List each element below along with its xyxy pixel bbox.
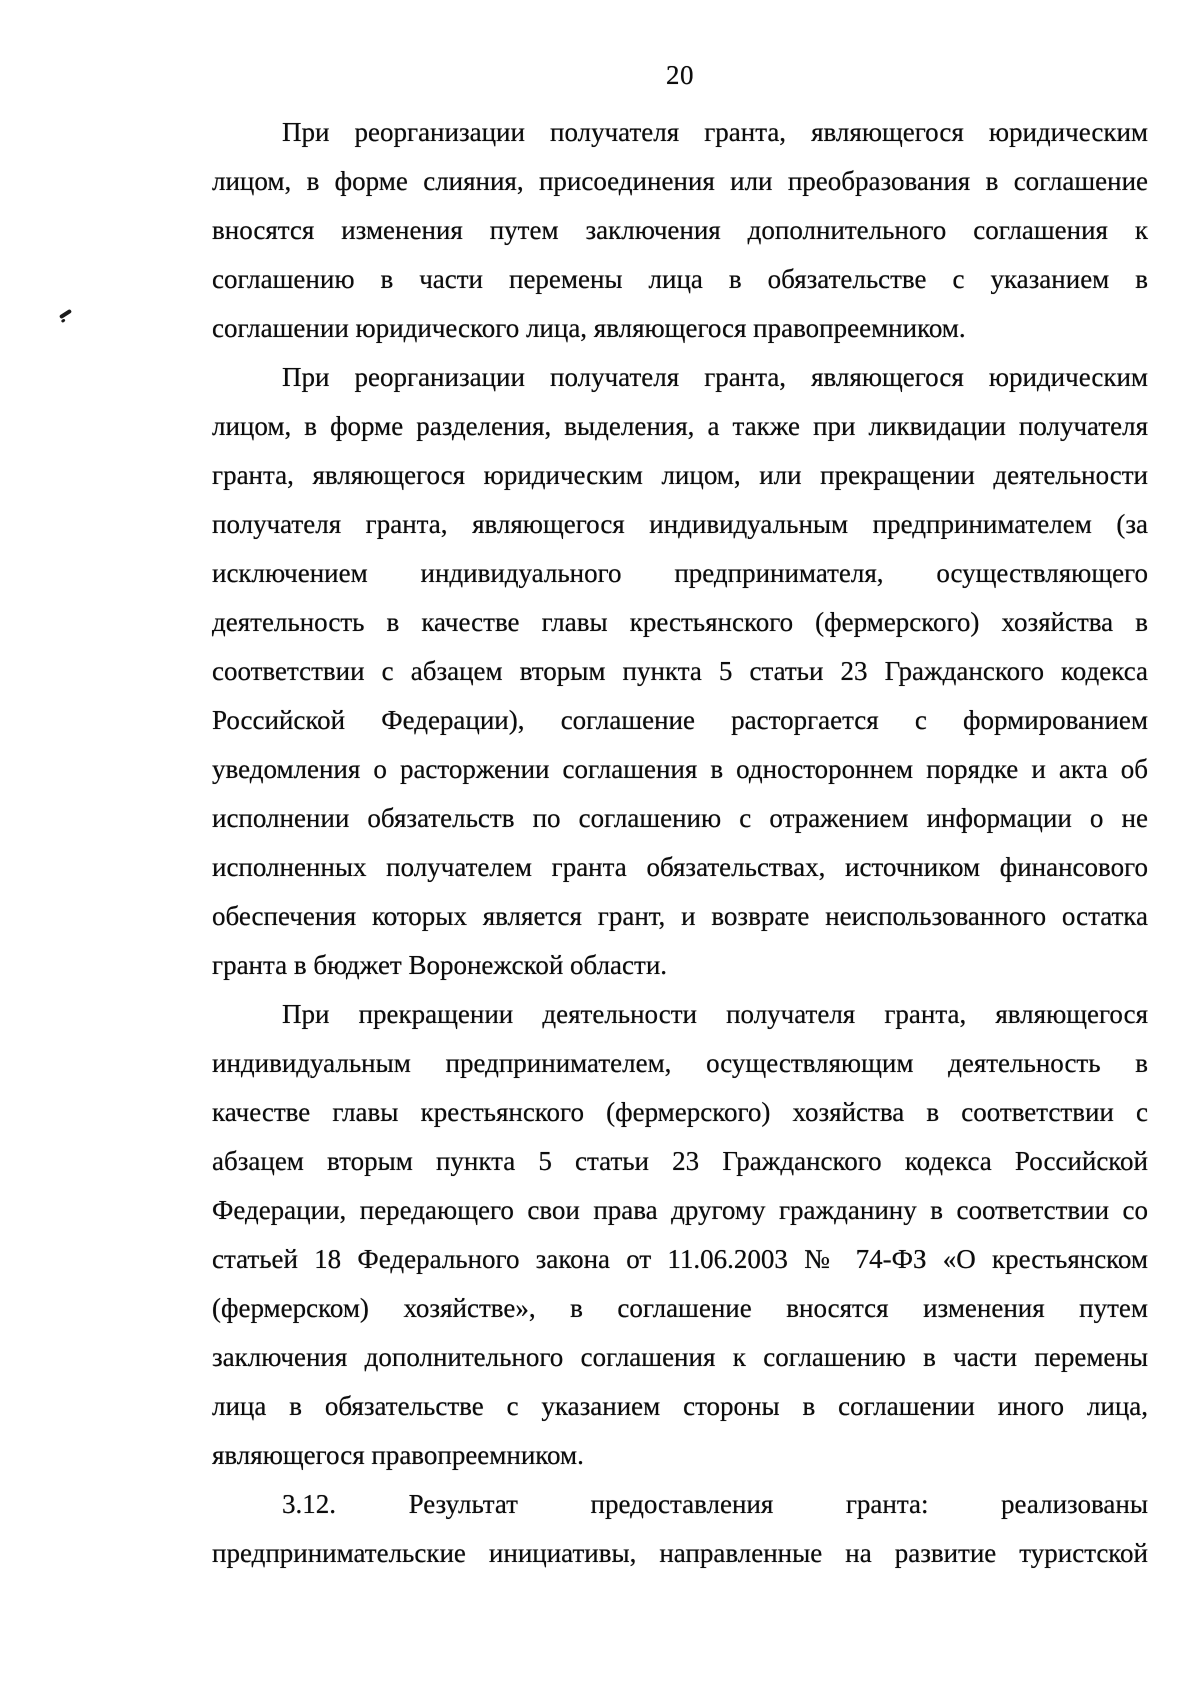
text-line: получателя гранта, являющегося индивидуа… (212, 500, 1148, 549)
text-line: абзацем вторым пункта 5 статьи 23 Гражда… (212, 1137, 1148, 1186)
text-line: обеспечения которых является грант, и во… (212, 892, 1148, 941)
text-line: соглашению в части перемены лица в обяза… (212, 255, 1148, 304)
text-line: исключением индивидуального предпринимат… (212, 549, 1148, 598)
text-line: заключения дополнительного соглашения к … (212, 1333, 1148, 1382)
text-line: лицом, в форме разделения, выделения, а … (212, 402, 1148, 451)
text-line: деятельность в качестве главы крестьянск… (212, 598, 1148, 647)
text-line: (фермерском) хозяйстве», в соглашение вн… (212, 1284, 1148, 1333)
text-line: соглашении юридического лица, являющегос… (212, 304, 1148, 353)
paragraph: При реорганизации получателя гранта, явл… (212, 353, 1148, 990)
paragraph: 3.12. Результат предоставления гранта: р… (212, 1480, 1148, 1578)
text-line: вносятся изменения путем заключения допо… (212, 206, 1148, 255)
text-line: исполнении обязательств по соглашению с … (212, 794, 1148, 843)
text-line: Российской Федерации), соглашение растор… (212, 696, 1148, 745)
text-line: При прекращении деятельности получателя … (212, 990, 1148, 1039)
text-line: качестве главы крестьянского (фермерског… (212, 1088, 1148, 1137)
text-line: предпринимательские инициативы, направле… (212, 1529, 1148, 1578)
text-line: При реорганизации получателя гранта, явл… (212, 353, 1148, 402)
text-line: индивидуальным предпринимателем, осущест… (212, 1039, 1148, 1088)
paragraph: При прекращении деятельности получателя … (212, 990, 1148, 1480)
text-line: лица в обязательстве с указанием стороны… (212, 1382, 1148, 1431)
text-line: При реорганизации получателя гранта, явл… (212, 108, 1148, 157)
text-line: лицом, в форме слияния, присоединения ил… (212, 157, 1148, 206)
text-line: статьей 18 Федерального закона от 11.06.… (212, 1235, 1148, 1284)
text-line: являющегося правопреемником. (212, 1431, 1148, 1480)
text-line: уведомления о расторжении соглашения в о… (212, 745, 1148, 794)
paragraph: При реорганизации получателя гранта, явл… (212, 108, 1148, 353)
text-line: исполненных получателем гранта обязатель… (212, 843, 1148, 892)
text-line: Федерации, передающего свои права другом… (212, 1186, 1148, 1235)
text-line: соответствии с абзацем вторым пункта 5 с… (212, 647, 1148, 696)
text-line: 3.12. Результат предоставления гранта: р… (212, 1480, 1148, 1529)
page-number: 20 (212, 60, 1148, 90)
document-body: При реорганизации получателя гранта, явл… (212, 108, 1148, 1578)
ink-speck (59, 309, 72, 319)
text-line: гранта, являющегося юридическим лицом, и… (212, 451, 1148, 500)
text-line: гранта в бюджет Воронежской области. (212, 941, 1148, 990)
document-page: 20 При реорганизации получателя гранта, … (0, 0, 1200, 1706)
